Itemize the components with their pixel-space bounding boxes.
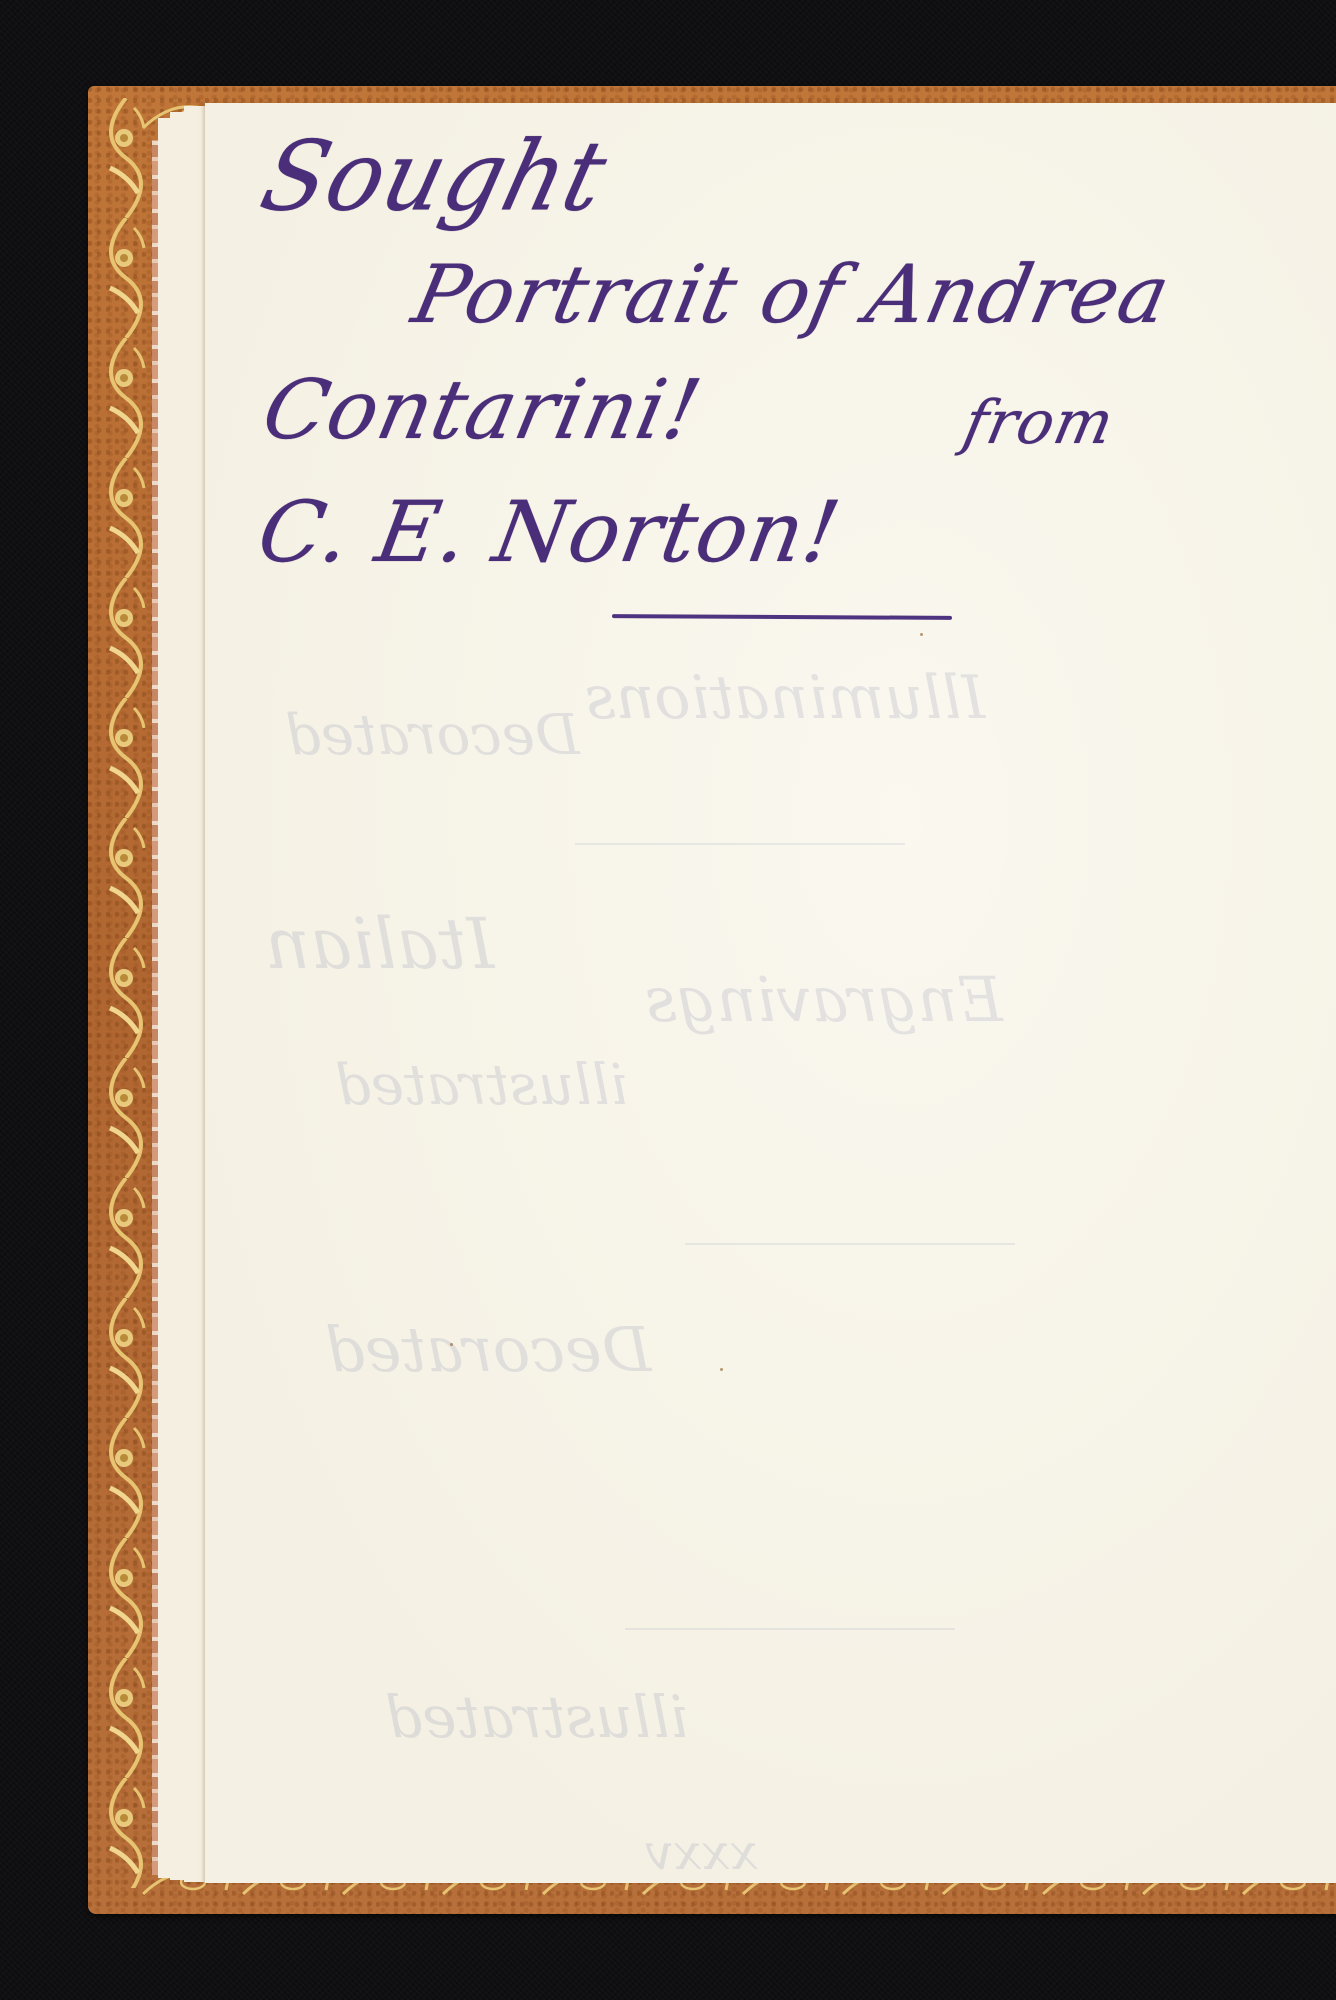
bleed-through-rule bbox=[625, 1628, 955, 1630]
inscription-line-contarini: Contarini! bbox=[255, 363, 709, 458]
bleed-through-text: Illuminations bbox=[585, 663, 985, 733]
foxing-spot bbox=[450, 1343, 453, 1346]
foxing-spot bbox=[720, 1368, 723, 1371]
bleed-through-text: Decorated bbox=[285, 703, 580, 768]
bleed-through-text: xxxv bbox=[645, 1823, 758, 1881]
bleed-through-text: Italian bbox=[265, 903, 494, 985]
inscription-signature: C. E. Norton! bbox=[251, 483, 847, 581]
bleed-through-rule bbox=[685, 1243, 1015, 1245]
inscription-line-portrait: Portrait of Andrea bbox=[405, 248, 1178, 341]
bleed-through-text: illustrated bbox=[335, 1053, 628, 1118]
bleed-through-rule bbox=[575, 843, 905, 845]
ink-underline-rule bbox=[612, 614, 952, 620]
bleed-through-text: Decorated bbox=[325, 1313, 651, 1386]
gilt-floral-border-left bbox=[98, 98, 154, 1888]
foxing-spot bbox=[920, 633, 923, 636]
flyleaf-page: Illuminations Decorated Italian Engravin… bbox=[205, 103, 1336, 1883]
inscription-line-sought: Sought bbox=[251, 120, 618, 232]
inscription-word-from: from bbox=[958, 388, 1121, 458]
bleed-through-text: illustrated bbox=[385, 1683, 688, 1751]
bleed-through-text: Engravings bbox=[645, 963, 1003, 1036]
